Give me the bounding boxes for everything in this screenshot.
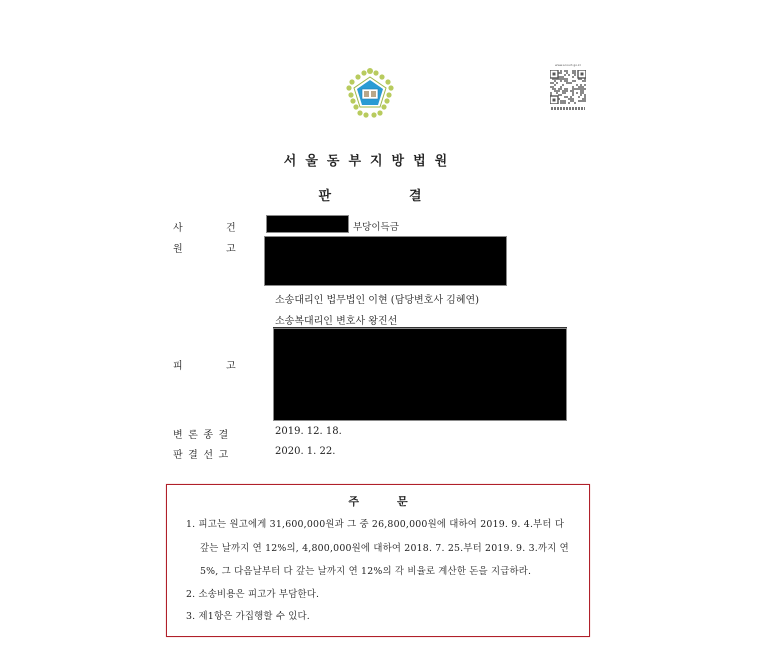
order-item-1-line-1: 1. 피고는 원고에게 31,600,000원과 그 중 26,800,000원…	[186, 516, 564, 530]
defendant-label-a: 피	[173, 357, 183, 372]
plaintiff-label-a: 원	[173, 240, 183, 255]
redacted-defendant	[273, 328, 567, 421]
judgment-date-label: 판결선고	[173, 446, 234, 461]
case-type: 부당이득금	[353, 219, 399, 233]
redacted-case-number	[266, 215, 349, 233]
closing-date-value: 2019. 12. 18.	[275, 426, 342, 437]
title-char-right: 결	[409, 185, 422, 204]
order-section: 주문 1. 피고는 원고에게 31,600,000원과 그 중 26,800,0…	[166, 484, 590, 637]
order-title-left: 주	[348, 495, 359, 508]
order-item-3: 3. 제1항은 가집행할 수 있다.	[186, 608, 310, 622]
redacted-plaintiff	[264, 236, 507, 286]
qr-bottom-caption	[551, 107, 585, 110]
order-item-2: 2. 소송비용은 피고가 부담한다.	[186, 586, 319, 600]
case-label-a: 사	[173, 219, 183, 234]
court-name: 서울동부지방법원	[0, 150, 740, 169]
order-title-right: 문	[397, 495, 408, 508]
plaintiff-sub-attorney: 소송복대리인 변호사 왕진선	[275, 312, 397, 327]
judgment-date-value: 2020. 1. 22.	[275, 446, 335, 457]
qr-caption: www.scourt.go.kr	[547, 63, 589, 67]
order-item-1-line-3: 5%, 그 다음날부터 다 갚는 날까지 연 12%의 각 비율로 계산한 돈을…	[200, 563, 531, 577]
court-emblem-icon	[344, 67, 396, 119]
plaintiff-attorney: 소송대리인 법무법인 이현 (담당변호사 김혜연)	[275, 291, 479, 306]
title-char-left: 판	[318, 185, 331, 204]
order-title: 주문	[167, 493, 589, 509]
defendant-label-b: 고	[226, 357, 236, 372]
closing-date-label: 변론종결	[173, 426, 234, 441]
qr-code-icon: www.scourt.go.kr	[547, 63, 589, 113]
case-label-b: 건	[226, 219, 236, 234]
document-title: 판결	[0, 185, 740, 204]
plaintiff-label-b: 고	[226, 240, 236, 255]
order-item-1-line-2: 갚는 날까지 연 12%의, 4,800,000원에 대하여 2018. 7. …	[200, 540, 569, 554]
